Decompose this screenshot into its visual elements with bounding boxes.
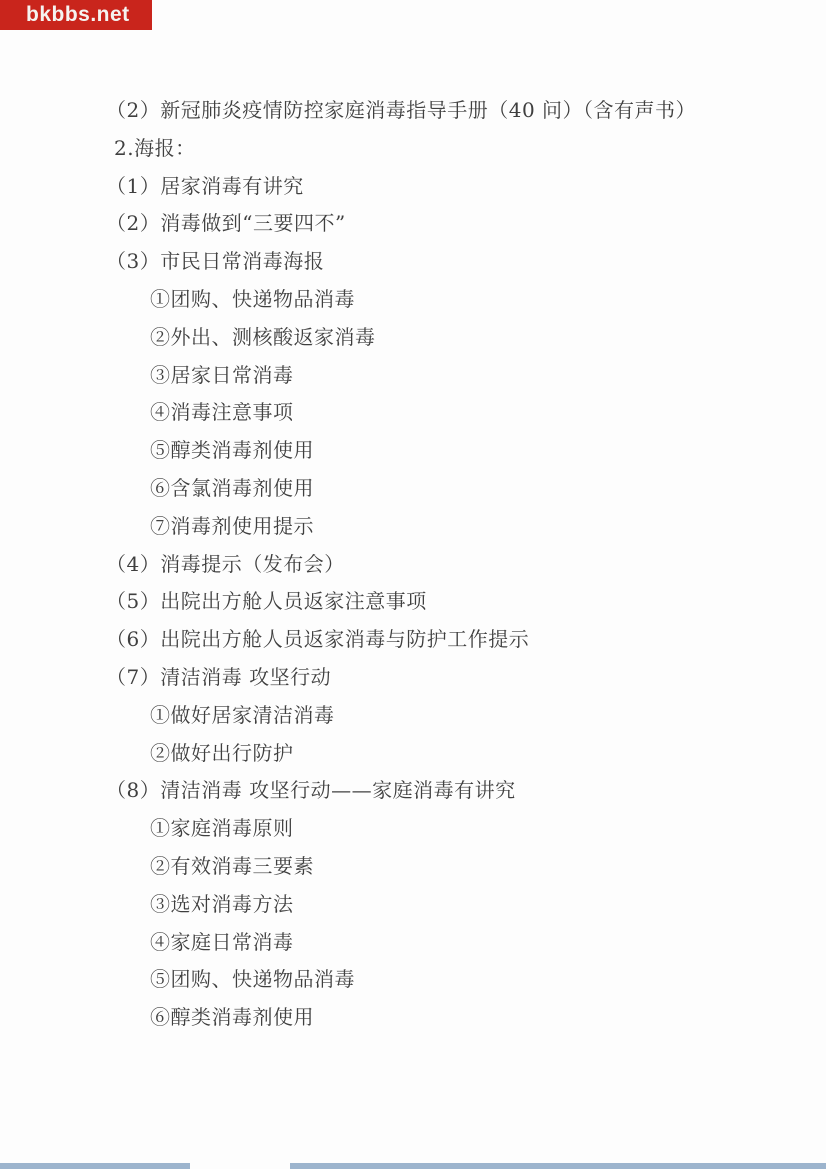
doc-line: （6）出院出方舱人员返家消毒与防护工作提示 bbox=[0, 621, 826, 659]
doc-line: ⑤团购、快递物品消毒 bbox=[0, 961, 826, 999]
doc-line: ③选对消毒方法 bbox=[0, 886, 826, 924]
doc-line: ①做好居家清洁消毒 bbox=[0, 697, 826, 735]
doc-line: （3）市民日常消毒海报 bbox=[0, 243, 826, 281]
doc-line: ④消毒注意事项 bbox=[0, 394, 826, 432]
doc-line: ④家庭日常消毒 bbox=[0, 924, 826, 962]
doc-line: （4）消毒提示（发布会） bbox=[0, 546, 826, 584]
doc-line: （5）出院出方舱人员返家注意事项 bbox=[0, 583, 826, 621]
document-lines: （2）新冠肺炎疫情防控家庭消毒指导手册（40 问）（含有声书）2.海报：（1）居… bbox=[0, 92, 826, 1037]
doc-line: （7）清洁消毒 攻坚行动 bbox=[0, 659, 826, 697]
doc-line: ⑥含氯消毒剂使用 bbox=[0, 470, 826, 508]
doc-line: ⑤醇类消毒剂使用 bbox=[0, 432, 826, 470]
doc-line: ③居家日常消毒 bbox=[0, 357, 826, 395]
doc-line: ⑥醇类消毒剂使用 bbox=[0, 999, 826, 1037]
doc-line: （2）新冠肺炎疫情防控家庭消毒指导手册（40 问）（含有声书） bbox=[0, 92, 826, 130]
doc-line: ⑦消毒剂使用提示 bbox=[0, 508, 826, 546]
doc-line: ②做好出行防护 bbox=[0, 735, 826, 773]
doc-line: （1）居家消毒有讲究 bbox=[0, 168, 826, 206]
doc-line: ②外出、测核酸返家消毒 bbox=[0, 319, 826, 357]
doc-line: （2）消毒做到“三要四不” bbox=[0, 205, 826, 243]
doc-line: ①家庭消毒原则 bbox=[0, 810, 826, 848]
footer-bar-left bbox=[0, 1163, 190, 1169]
doc-line: （8）清洁消毒 攻坚行动——家庭消毒有讲究 bbox=[0, 772, 826, 810]
site-watermark: bkbbs.net bbox=[0, 0, 152, 30]
doc-line: ②有效消毒三要素 bbox=[0, 848, 826, 886]
doc-line: ①团购、快递物品消毒 bbox=[0, 281, 826, 319]
footer-bar-right bbox=[290, 1163, 826, 1169]
doc-line: 2.海报： bbox=[0, 130, 826, 168]
